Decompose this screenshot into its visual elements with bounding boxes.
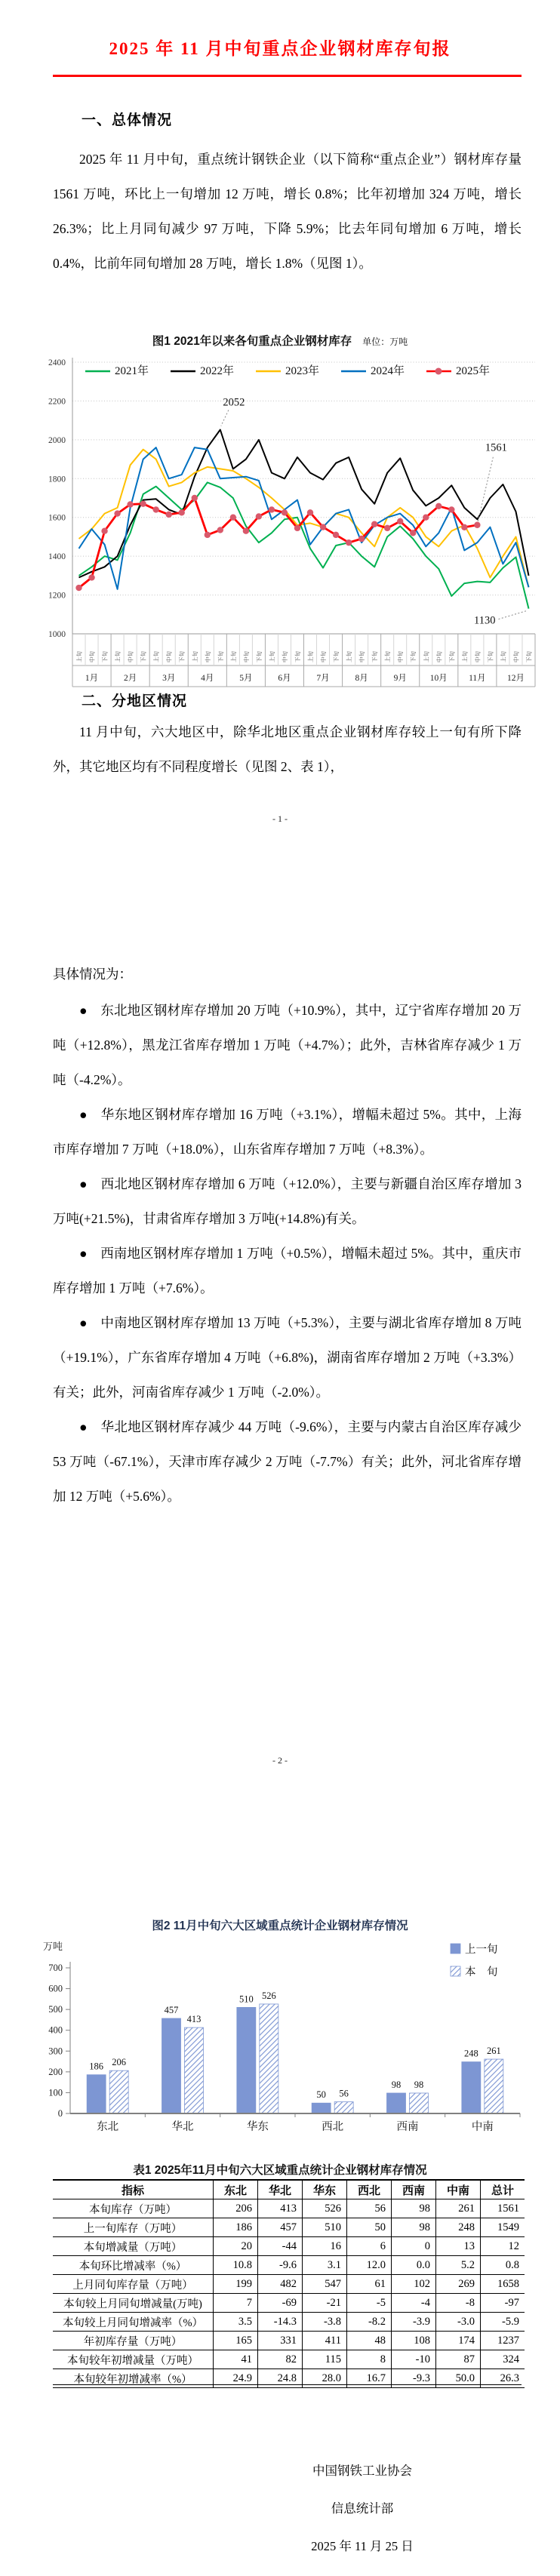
cell-value: 1561 [481, 2199, 525, 2218]
data-marker [88, 574, 94, 580]
y-tick-label: 100 [48, 2087, 63, 2098]
row-label: 本旬库存（万吨） [53, 2199, 214, 2218]
cell-value: -9.6 [258, 2256, 303, 2275]
data-marker [256, 513, 262, 519]
bar-value-label: 526 [262, 1990, 276, 2001]
legend-swatch-本 旬 [451, 1966, 460, 1976]
x-period-label: 中旬 [512, 651, 519, 662]
cell-value: 165 [214, 2332, 258, 2350]
x-period-label: 中旬 [473, 651, 481, 662]
cell-value: 8 [347, 2350, 392, 2369]
cell-value: -10 [392, 2350, 436, 2369]
data-marker [243, 528, 249, 534]
cell-value: 3.5 [214, 2313, 258, 2332]
x-period-label: 上旬 [345, 651, 352, 662]
data-marker [423, 515, 429, 521]
x-month-label: 7月 [316, 673, 329, 683]
x-period-label: 上旬 [383, 651, 391, 662]
x-month-label: 4月 [201, 673, 214, 683]
data-marker [384, 525, 390, 531]
data-marker [346, 539, 352, 546]
x-month-label: 11月 [469, 673, 486, 683]
cell-value: 5.2 [436, 2256, 481, 2275]
x-month-label: 1月 [85, 673, 98, 683]
cell-value: 174 [436, 2332, 481, 2350]
table-row: 本旬较上月同旬增减量(万吨)7-69-21-5-4-8-97 [53, 2294, 525, 2313]
figure2-bar-chart: 万吨0100200300400500600700东北186206华北457413… [16, 1932, 544, 2158]
bullet-item-north: ● 华北地区钢材库存减少 44 万吨（-9.6%），主要与内蒙古自治区库存减少 … [53, 1409, 522, 1514]
y-tick-label: 1600 [48, 514, 66, 523]
bar-华东-上一旬 [237, 2007, 256, 2113]
x-period-label: 上旬 [460, 651, 468, 662]
data-marker [127, 501, 133, 507]
x-period-label: 上旬 [268, 651, 275, 662]
data-marker [410, 530, 416, 536]
data-marker [461, 524, 467, 530]
footer: 中国钢铁工业协会 信息统计部 2025 年 11 月 25 日 [226, 2452, 498, 2565]
category-label: 西北 [322, 2120, 343, 2133]
column-header-中南: 中南 [436, 2180, 481, 2199]
cell-value: 248 [436, 2218, 481, 2237]
data-marker [371, 521, 377, 527]
footer-date: 2025 年 11 月 25 日 [226, 2528, 498, 2565]
cell-value: -97 [481, 2294, 525, 2313]
x-month-label: 9月 [394, 673, 407, 683]
data-marker [101, 528, 107, 534]
cell-value: 1658 [481, 2275, 525, 2294]
column-header-指标: 指标 [53, 2180, 214, 2199]
x-period-label: 中旬 [88, 651, 96, 662]
x-period-label: 中旬 [358, 651, 365, 662]
region-bullet-list: ● 东北地区钢材库存增加 20 万吨（+10.9%），其中，辽宁省库存增加 20… [53, 993, 522, 1514]
data-marker [269, 506, 275, 512]
cell-value: -3.9 [392, 2313, 436, 2332]
y-tick-label: 300 [48, 2046, 63, 2056]
series-2025年 [79, 498, 478, 588]
data-marker [333, 532, 339, 538]
data-marker [75, 585, 82, 591]
cell-value: -3.0 [436, 2313, 481, 2332]
table1-title: 表1 2025年11月中旬六大区域重点统计企业钢材库存情况 [0, 2161, 560, 2178]
x-period-label: 上旬 [499, 651, 506, 662]
cell-value: 269 [436, 2275, 481, 2294]
bar-华东-本 旬 [260, 2004, 278, 2113]
y-tick-label: 200 [48, 2067, 63, 2077]
cell-value: 16 [303, 2237, 347, 2256]
y-tick-label: 2000 [48, 436, 66, 445]
x-period-label: 下旬 [101, 651, 109, 662]
x-period-label: 中旬 [204, 651, 211, 662]
category-label: 华北 [172, 2120, 194, 2133]
cell-value: 61 [347, 2275, 392, 2294]
data-marker [217, 527, 223, 533]
x-period-label: 中旬 [127, 651, 134, 662]
cell-value: 98 [392, 2218, 436, 2237]
cell-value: 261 [436, 2199, 481, 2218]
table-row: 本旬较年初增减量（万吨）41821158-1087324 [53, 2350, 525, 2369]
bullet-item-northeast: ● 东北地区钢材库存增加 20 万吨（+10.9%），其中，辽宁省库存增加 20… [53, 993, 522, 1097]
x-month-label: 6月 [278, 673, 291, 683]
data-marker [140, 501, 146, 507]
y-tick-label: 1400 [48, 552, 66, 561]
x-period-label: 上旬 [191, 651, 198, 662]
cell-value: 10.8 [214, 2256, 258, 2275]
data-marker [397, 518, 403, 524]
bar-value-label: 50 [316, 2089, 326, 2100]
annotation-leader [478, 457, 493, 521]
data-marker [448, 506, 454, 512]
x-period-label: 上旬 [229, 651, 237, 662]
x-period-label: 下旬 [217, 651, 224, 662]
y-tick-label: 700 [48, 1963, 63, 1973]
category-label: 东北 [97, 2120, 118, 2133]
x-period-label: 下旬 [486, 651, 494, 662]
data-marker [152, 506, 158, 512]
x-period-label: 下旬 [409, 651, 417, 662]
cell-value: -44 [258, 2237, 303, 2256]
cell-value: 331 [258, 2332, 303, 2350]
column-header-西北: 西北 [347, 2180, 392, 2199]
x-month-label: 2月 [124, 673, 137, 683]
x-period-label: 中旬 [435, 651, 442, 662]
column-header-华东: 华东 [303, 2180, 347, 2199]
x-period-label: 下旬 [332, 651, 340, 662]
cell-value: -69 [258, 2294, 303, 2313]
cell-value: 115 [303, 2350, 347, 2369]
y-tick-label: 1800 [48, 475, 66, 484]
table-row: 年初库存量（万吨）165331411481081741237 [53, 2332, 525, 2350]
report-page: 2025 年 11 月中旬重点企业钢材库存旬报 一、总体情况 2025 年 11… [0, 0, 560, 2576]
bar-value-label: 413 [187, 2014, 202, 2024]
x-period-label: 上旬 [306, 651, 314, 662]
cell-value: -8.2 [347, 2313, 392, 2332]
y-tick-label: 1200 [48, 592, 66, 601]
y-tick-label: 0 [58, 2108, 63, 2119]
bar-value-label: 457 [165, 2005, 179, 2015]
page-number-1: - 1 - [0, 813, 560, 825]
x-period-label: 下旬 [371, 651, 378, 662]
table-row: 本旬库存（万吨）20641352656982611561 [53, 2199, 525, 2218]
column-header-西南: 西南 [392, 2180, 436, 2199]
figure2-title: 图2 11月中旬六大区域重点统计企业钢材库存情况 [0, 1917, 560, 1933]
cell-value: 48 [347, 2332, 392, 2350]
y-tick-label: 500 [48, 2004, 63, 2015]
cell-value: 20 [214, 2237, 258, 2256]
cell-value: 526 [303, 2199, 347, 2218]
cell-value: 102 [392, 2275, 436, 2294]
column-header-总计: 总计 [481, 2180, 525, 2199]
cell-value: -3.8 [303, 2313, 347, 2332]
footer-dept: 信息统计部 [226, 2490, 498, 2528]
table-row: 本旬环比增减率（%）10.8-9.63.112.00.05.20.8 [53, 2256, 525, 2275]
cell-value: 186 [214, 2218, 258, 2237]
bar-value-label: 248 [464, 2049, 478, 2059]
data-marker [320, 524, 326, 530]
x-period-label: 下旬 [294, 651, 301, 662]
legend-label: 2023年 [285, 364, 319, 377]
y-tick-label: 2400 [48, 358, 66, 367]
cell-value: 457 [258, 2218, 303, 2237]
page-title: 2025 年 11 月中旬重点企业钢材库存旬报 [0, 35, 560, 60]
cell-value: 0.0 [392, 2256, 436, 2275]
row-label: 本旬较年初增减量（万吨） [53, 2350, 214, 2369]
table-row: 本旬增减量（万吨）20-4416601312 [53, 2237, 525, 2256]
footer-org: 中国钢铁工业协会 [226, 2452, 498, 2490]
table-bottom-rule [53, 2384, 522, 2385]
x-period-label: 上旬 [152, 651, 160, 662]
cell-value: 510 [303, 2218, 347, 2237]
table-row: 本旬较上月同旬增减率（%）3.5-14.3-3.8-8.2-3.9-3.0-5.… [53, 2313, 525, 2332]
cell-value: -4 [392, 2294, 436, 2313]
x-period-label: 中旬 [165, 651, 173, 662]
bar-西北-上一旬 [312, 2103, 331, 2113]
cell-value: 82 [258, 2350, 303, 2369]
cell-value: 50 [347, 2218, 392, 2237]
cell-value: 56 [347, 2199, 392, 2218]
row-label: 本旬较上月同旬增减量(万吨) [53, 2294, 214, 2313]
x-month-label: 12月 [507, 673, 525, 683]
legend-marker [435, 368, 442, 375]
annotation-2052: 2052 [223, 396, 245, 408]
x-period-label: 下旬 [525, 651, 532, 662]
annotation-leader [221, 410, 229, 426]
regional-paragraph: 11 月中旬，六大地区中，除华北地区重点企业钢材库存较上一旬有所下降外，其它地区… [53, 715, 522, 784]
cell-value: 199 [214, 2275, 258, 2294]
data-marker [230, 515, 236, 521]
series-2023年 [79, 450, 529, 588]
regional-table-body: 本旬库存（万吨）20641352656982611561上一旬库存（万吨）186… [53, 2199, 525, 2388]
legend-label: 本 旬 [465, 1966, 498, 1978]
cell-value: 0 [392, 2237, 436, 2256]
cell-value: 413 [258, 2199, 303, 2218]
section-heading-overall: 一、总体情况 [82, 109, 172, 129]
data-marker [179, 509, 185, 515]
table-header-row: 指标东北华北华东西北西南中南总计 [53, 2180, 525, 2199]
bar-中南-本 旬 [485, 2059, 503, 2113]
x-period-label: 中旬 [242, 651, 250, 662]
column-header-华北: 华北 [258, 2180, 303, 2199]
series-2024年 [79, 447, 529, 589]
title-divider-rule [53, 75, 522, 77]
cell-value: 108 [392, 2332, 436, 2350]
cell-value: -5.9 [481, 2313, 525, 2332]
legend-swatch-上一旬 [451, 1944, 460, 1954]
legend-label: 2022年 [200, 364, 234, 377]
bar-华北-本 旬 [185, 2027, 204, 2113]
bar-value-label: 261 [487, 2046, 501, 2056]
page-number-2: - 2 - [0, 1755, 560, 1766]
annotation-1130: 1130 [474, 615, 495, 627]
bar-value-label: 206 [112, 2057, 126, 2067]
x-month-label: 5月 [239, 673, 252, 683]
data-marker [192, 495, 198, 501]
data-marker [294, 525, 300, 531]
legend-label: 上一旬 [465, 1943, 498, 1956]
x-period-label: 上旬 [422, 651, 429, 662]
x-period-label: 上旬 [114, 651, 122, 662]
category-label: 中南 [472, 2120, 494, 2133]
data-marker [282, 509, 288, 515]
data-marker [114, 510, 120, 516]
cell-value: 482 [258, 2275, 303, 2294]
bar-value-label: 98 [414, 2080, 424, 2090]
x-period-label: 中旬 [281, 651, 288, 662]
x-period-label: 下旬 [448, 651, 455, 662]
y-tick-label: 2200 [48, 397, 66, 406]
cell-value: 411 [303, 2332, 347, 2350]
bar-value-label: 56 [339, 2089, 349, 2099]
x-period-label: 下旬 [140, 651, 147, 662]
cell-value: 12 [481, 2237, 525, 2256]
x-period-label: 下旬 [255, 651, 263, 662]
cell-value: 206 [214, 2199, 258, 2218]
figure1-line-chart: 10001200140016001800200022002400上旬中旬下旬上旬… [16, 346, 544, 691]
bullet-item-northwest: ● 西北地区钢材库存增加 6 万吨（+12.0%），主要与新疆自治区库存增加 3… [53, 1167, 522, 1236]
x-period-label: 中旬 [396, 651, 404, 662]
bar-中南-上一旬 [462, 2062, 481, 2113]
row-label: 上一旬库存（万吨） [53, 2218, 214, 2237]
detail-intro: 具体情况为： [53, 957, 522, 991]
annotation-leader [498, 611, 526, 619]
cell-value: -5 [347, 2294, 392, 2313]
y-tick-label: 600 [48, 1984, 63, 1994]
x-period-label: 中旬 [319, 651, 327, 662]
cell-value: 1237 [481, 2332, 525, 2350]
cell-value: 547 [303, 2275, 347, 2294]
bar-东北-上一旬 [87, 2075, 106, 2113]
cell-value: 98 [392, 2199, 436, 2218]
table-row: 上一旬库存（万吨）18645751050982481549 [53, 2218, 525, 2237]
cell-value: 6 [347, 2237, 392, 2256]
bar-西南-本 旬 [410, 2093, 429, 2113]
category-label: 西南 [397, 2120, 419, 2133]
row-label: 本旬较上月同旬增减率（%） [53, 2313, 214, 2332]
cell-value: -14.3 [258, 2313, 303, 2332]
row-label: 上月同旬库存量（万吨） [53, 2275, 214, 2294]
regional-table: 指标东北华北华东西北西南中南总计 本旬库存（万吨）206413526569826… [53, 2179, 525, 2388]
cell-value: 41 [214, 2350, 258, 2369]
row-label: 本旬环比增减率（%） [53, 2256, 214, 2275]
y-tick-label: 1000 [48, 630, 66, 639]
annotation-1561: 1561 [485, 442, 507, 454]
data-marker [435, 503, 442, 509]
overall-paragraph: 2025 年 11 月中旬，重点统计钢铁企业（以下简称“重点企业”）钢材库存量 … [53, 142, 522, 281]
section-heading-regional: 二、分地区情况 [82, 690, 187, 710]
legend-label: 2024年 [371, 364, 405, 377]
bar-华北-上一旬 [162, 2018, 181, 2113]
cell-value: 1549 [481, 2218, 525, 2237]
bar-value-label: 510 [239, 1993, 254, 2004]
row-label: 本旬增减量（万吨） [53, 2237, 214, 2256]
cell-value: 7 [214, 2294, 258, 2313]
x-month-label: 8月 [355, 673, 368, 683]
cell-value: 3.1 [303, 2256, 347, 2275]
y-axis-unit: 万吨 [43, 1941, 63, 1952]
legend-label: 2021年 [115, 364, 149, 377]
row-label: 年初库存量（万吨） [53, 2332, 214, 2350]
regional-table-head: 指标东北华北华东西北西南中南总计 [53, 2180, 525, 2199]
cell-value: 324 [481, 2350, 525, 2369]
column-header-东北: 东北 [214, 2180, 258, 2199]
data-marker [205, 532, 211, 538]
bar-value-label: 186 [89, 2061, 103, 2072]
x-period-label: 上旬 [75, 651, 83, 662]
cell-value: 12.0 [347, 2256, 392, 2275]
x-month-label: 10月 [430, 673, 448, 683]
x-month-label: 3月 [162, 673, 175, 683]
bar-value-label: 98 [392, 2080, 402, 2090]
bar-西南-上一旬 [387, 2093, 406, 2113]
bullet-item-southwest: ● 西南地区钢材库存增加 1 万吨（+0.5%），增幅未超过 5%。其中，重庆市… [53, 1236, 522, 1305]
category-label: 华东 [247, 2120, 269, 2133]
data-marker [474, 522, 480, 528]
data-marker [166, 512, 172, 518]
bullet-item-east: ● 华东地区钢材库存增加 16 万吨（+3.1%），增幅未超过 5%。其中，上海… [53, 1097, 522, 1167]
cell-value: 87 [436, 2350, 481, 2369]
table-row: 上月同旬库存量（万吨）199482547611022691658 [53, 2275, 525, 2294]
cell-value: -8 [436, 2294, 481, 2313]
y-tick-label: 400 [48, 2025, 63, 2036]
bar-西北-本 旬 [334, 2102, 353, 2113]
cell-value: -21 [303, 2294, 347, 2313]
bar-东北-本 旬 [109, 2070, 128, 2113]
cell-value: 13 [436, 2237, 481, 2256]
legend-label: 2025年 [456, 364, 490, 377]
data-marker [307, 509, 313, 515]
data-marker [358, 536, 365, 542]
x-period-label: 下旬 [178, 651, 186, 662]
cell-value: 0.8 [481, 2256, 525, 2275]
bullet-item-southcentral: ● 中南地区钢材库存增加 13 万吨（+5.3%），主要与湖北省库存增加 8 万… [53, 1305, 522, 1409]
